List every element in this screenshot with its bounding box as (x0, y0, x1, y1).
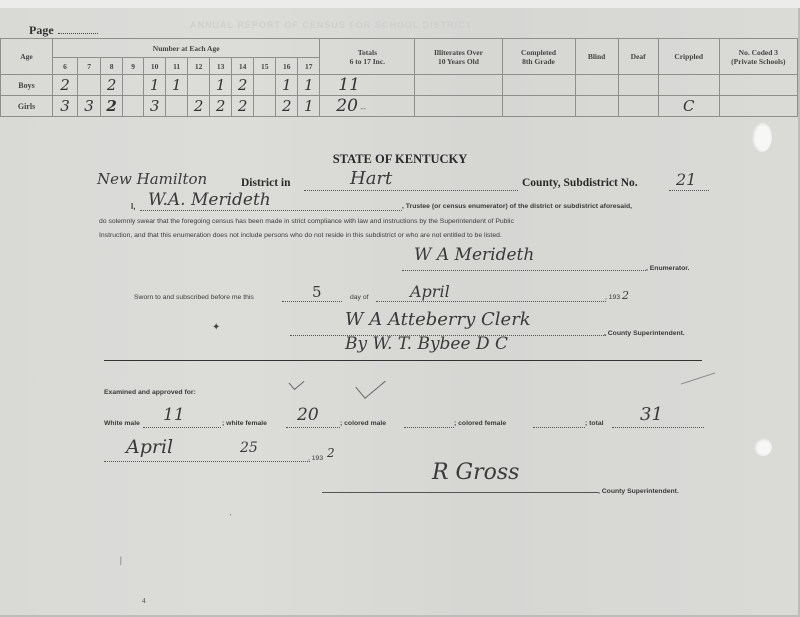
number-at-each-age-header: Number at Each Age (53, 39, 320, 58)
approval-year-digit: 2 (327, 446, 335, 460)
table-row-girls: Girls 3 3 2 3 2 2 2 2 1 20 -- C (1, 96, 798, 117)
girls-age-7: 3 (84, 97, 94, 115)
total-label: ; total (585, 420, 604, 427)
illiterates-header: Illiterates Over10 Years Old (415, 39, 502, 75)
enumerator-signature-line (402, 270, 646, 271)
sworn-year-digit: 2 (622, 289, 629, 302)
table-row-boys: Boys 2 2 1 1 1 2 1 1 11 (1, 75, 798, 96)
white-male-line (143, 427, 221, 428)
completed-8th-header: Completed8th Grade (502, 39, 575, 75)
state-title: STATE OF KENTUCKY (0, 152, 800, 167)
girls-age-17: 1 (304, 97, 314, 115)
day-of-label: day of (350, 294, 369, 301)
white-female-count: 20 (297, 405, 319, 425)
subdistrict-number: 21 (676, 170, 696, 189)
i-label: I, (131, 202, 135, 211)
approval-date-line (104, 461, 310, 462)
boys-age-10: 1 (150, 76, 160, 94)
age-14-header: 14 (232, 58, 254, 75)
girls-age-12: 2 (194, 97, 204, 115)
page-label: Page (29, 23, 54, 38)
age-6-header: 6 (53, 58, 78, 75)
boys-age-14: 2 (238, 76, 248, 94)
county-line (304, 190, 518, 191)
trustee-name: W.A. Merideth (148, 190, 271, 210)
page-number-field (58, 33, 98, 34)
clerk-signature: W A Atteberry Clerk (345, 309, 531, 330)
white-male-label: White male (104, 420, 140, 427)
age-12-header: 12 (188, 58, 210, 75)
age-15-header: 15 (254, 58, 276, 75)
row-label: Boys (1, 75, 53, 96)
census-table: Age Number at Each Age Totals6 to 17 Inc… (0, 38, 798, 117)
colored-female-label: ; colored female (454, 420, 506, 427)
trustee-name-line (140, 210, 402, 211)
approval-heading: Examined and approved for: (104, 389, 196, 396)
boys-age-13: 1 (216, 76, 226, 94)
white-female-line (286, 427, 340, 428)
blind-header: Blind (575, 39, 618, 75)
total-count: 31 (640, 404, 663, 425)
enumerator-signature: W A Merideth (414, 245, 534, 265)
district-in-label: District in (241, 177, 291, 189)
girls-age-13: 2 (216, 97, 226, 115)
deaf-header: Deaf (618, 39, 658, 75)
ink-speck: | (120, 555, 122, 565)
pencil-stroke (681, 372, 716, 384)
deputy-signature: By W. T. Bybee D C (345, 334, 508, 354)
age-7-header: 7 (78, 58, 101, 75)
girls-age-14: 2 (238, 97, 248, 115)
sworn-day-line (282, 301, 342, 302)
subdistrict-line (669, 190, 709, 191)
check-mark-small (289, 375, 305, 390)
age-9-header: 9 (123, 58, 144, 75)
oath-body-line-3: Instruction, and that this enumeration d… (99, 232, 502, 239)
coded-3-header: No. Coded 3(Private Schools) (719, 39, 797, 75)
age-8-header: 8 (101, 58, 123, 75)
white-female-label: ; white female (222, 420, 267, 427)
boys-age-17: 1 (304, 76, 314, 94)
county-name: Hart (350, 168, 392, 189)
age-11-header: 11 (166, 58, 188, 75)
age-header: Age (1, 39, 53, 75)
superintendent-signature-line (322, 492, 598, 493)
punch-hole-bottom (754, 438, 772, 456)
sworn-month: April (410, 282, 450, 301)
boys-age-8: 2 (107, 76, 117, 94)
enumerator-label: , Enumerator. (646, 265, 689, 272)
ink-speck: 4 (142, 597, 146, 605)
colored-male-line (404, 427, 454, 428)
white-male-count: 11 (163, 405, 185, 425)
totals-header: Totals6 to 17 Inc. (320, 39, 415, 75)
ink-mark: ✦ (212, 322, 220, 333)
boys-total: 11 (338, 75, 360, 95)
sworn-superintendent-label: , County Superintendent. (604, 330, 685, 337)
girls-crippled: C (683, 97, 694, 115)
colored-male-label: ; colored male (340, 420, 386, 427)
boys-age-16: 1 (282, 76, 292, 94)
crippled-header: Crippled (658, 39, 719, 75)
census-form-sheet: ANNUAL REPORT OF CENSUS FOR SCHOOL DISTR… (0, 0, 800, 617)
girls-age-6: 3 (60, 97, 70, 115)
colored-female-line (533, 427, 585, 428)
ink-speck: ' (230, 513, 231, 521)
sworn-day: 5 (312, 283, 322, 301)
top-edge (0, 0, 800, 8)
total-line (612, 427, 704, 428)
check-mark (355, 370, 385, 399)
age-13-header: 13 (210, 58, 232, 75)
superintendent-signature: R Gross (432, 460, 519, 485)
girls-total: 20 (336, 96, 358, 116)
county-label: County, Subdistrict No. (522, 177, 638, 189)
approval-day: 25 (240, 440, 258, 456)
age-10-header: 10 (144, 58, 166, 75)
row-label: Girls (1, 96, 53, 117)
oath-body-line-2: do solemnly swear that the foregoing cen… (99, 218, 514, 225)
sworn-label: Sworn to and subscribed before me this (134, 294, 254, 301)
approval-superintendent-label: , County Superintendent. (598, 488, 679, 495)
approval-year-prefix: , 193 (308, 455, 323, 462)
sworn-year-prefix: , 193 (605, 294, 620, 301)
punch-hole-top (752, 122, 772, 152)
sworn-month-line (376, 301, 606, 302)
age-16-header: 16 (276, 58, 298, 75)
boys-age-6: 2 (60, 76, 70, 94)
age-17-header: 17 (298, 58, 320, 75)
trustee-text: , Trustee (or census enumerator) of the … (402, 203, 632, 210)
bleed-through-text: ANNUAL REPORT OF CENSUS FOR SCHOOL DISTR… (190, 20, 472, 30)
sworn-bottom-rule (104, 360, 702, 361)
district-name: New Hamilton (97, 170, 207, 188)
girls-age-10: 3 (150, 97, 160, 115)
girls-age-16: 2 (282, 97, 292, 115)
boys-age-11: 1 (172, 76, 182, 94)
girls-age-8: 2 (106, 97, 116, 115)
approval-month: April (126, 436, 173, 458)
